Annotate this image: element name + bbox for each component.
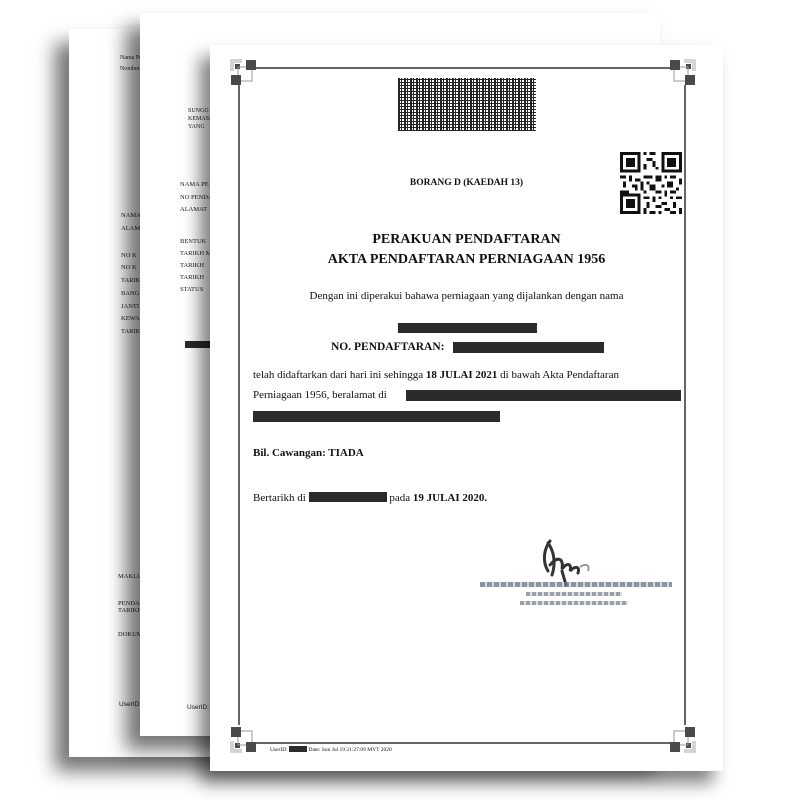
back-label: NO K: [121, 265, 137, 272]
period-text-after: di bawah Akta Pendaftaran: [500, 369, 619, 381]
back-label: TARIK: [121, 329, 140, 336]
middle-label: ALAMAT: [180, 207, 207, 214]
corner-ornament-icon: [230, 59, 264, 93]
corner-ornament-icon: [662, 719, 696, 753]
corner-ornament-icon: [230, 719, 264, 753]
location-redaction: [309, 492, 387, 502]
middle-header-line: SUNGG: [188, 108, 209, 114]
back-bottom-label: MAKLU: [118, 574, 142, 581]
middle-footer: UserID :: [187, 705, 211, 712]
signatory-title: [526, 592, 622, 596]
registration-number-redaction: [453, 342, 604, 353]
middle-label: BENTUK: [180, 239, 206, 246]
barcode-icon: [398, 78, 536, 131]
frame-bottom: [256, 742, 670, 744]
footer-metadata: UserID: Date: Sun Jul 19 21:27:09 MYT 20…: [270, 746, 392, 753]
registration-number-label: NO. PENDAFTARAN:: [331, 341, 445, 353]
footer-date: Date: Sun Jul 19 21:27:09 MYT 2020: [308, 747, 391, 753]
back-label: ALAM: [121, 226, 140, 233]
middle-label: STATUS: [180, 287, 203, 294]
userid-redaction: [289, 746, 307, 752]
corner-ornament-icon: [662, 59, 696, 93]
middle-header-line: YANG: [188, 124, 205, 130]
back-label: BANG: [121, 291, 139, 298]
certificate-title: PERAKUAN PENDAFTARAN: [210, 232, 723, 248]
signatory-name: [480, 582, 672, 587]
address-redaction: [406, 390, 681, 401]
middle-header-line: KEMASI: [188, 116, 211, 122]
back-label: TARIK: [121, 278, 140, 285]
signature-image: [482, 535, 672, 599]
frame-top: [256, 67, 670, 69]
period-text: telah didaftarkan dari hari ini sehingga: [253, 369, 423, 381]
certificate-subtitle: AKTA PENDAFTARAN PERNIAGAAN 1956: [210, 252, 723, 268]
issue-date: 19 JULAI 2020.: [413, 492, 487, 504]
dated-middle: pada: [389, 492, 410, 504]
userid-label: UserID:: [270, 747, 288, 753]
dated-line: Bertarikh di pada 19 JULAI 2020.: [253, 492, 487, 504]
back-header-line: Nama Pe: [120, 55, 142, 61]
address-prefix: Perniagaan 1956, beralamat di: [253, 389, 387, 401]
back-label: NO K: [121, 253, 137, 260]
expiry-date: 18 JULAI 2021: [426, 369, 498, 381]
middle-label: TARIKH: [180, 263, 204, 270]
back-bottom-label: TARIKH: [118, 608, 142, 615]
form-label: BORANG D (KAEDAH 13): [210, 178, 723, 188]
back-label: KEWA: [121, 316, 140, 323]
address-redaction-line2: [253, 411, 500, 422]
middle-label: NO PENDA: [180, 195, 213, 202]
registration-period-line: telah didaftarkan dari hari ini sehingga…: [253, 369, 619, 381]
document-page-front: BORANG D (KAEDAH 13) PERAKUAN PENDAFTARA…: [210, 45, 723, 771]
branch-count: Bil. Cawangan: TIADA: [253, 447, 364, 459]
back-footer: UserID: [119, 702, 139, 709]
dated-prefix: Bertarikh di: [253, 492, 306, 504]
back-bottom-label: DOKUM: [118, 632, 143, 639]
middle-label: TARIKH: [180, 275, 204, 282]
middle-label: TARIKH M: [180, 251, 211, 258]
back-label: NAMA: [121, 213, 141, 220]
middle-label: NAMA PE: [180, 182, 209, 189]
back-label: JANTI: [121, 304, 139, 311]
intro-text: Dengan ini diperakui bahawa perniagaan y…: [210, 290, 723, 302]
business-name-redaction: [398, 323, 537, 333]
signatory-office: [520, 601, 628, 605]
